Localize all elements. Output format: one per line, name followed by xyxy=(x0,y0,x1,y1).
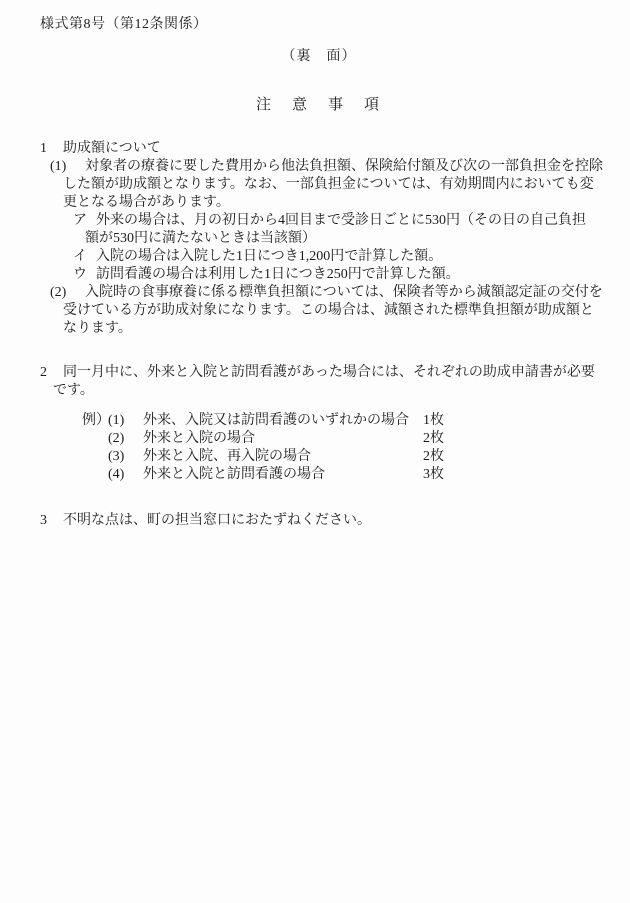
item-2-line-1: (2)入院時の食事療養に係る標準負担額については、保険者等から減額認定証の交付を xyxy=(40,284,598,302)
example-row: (2)外来と入院の場合2枚 xyxy=(40,430,598,448)
item-1-marker: (1) xyxy=(50,158,85,176)
section-application-forms: 2同一月中に、外来と入院と訪問看護があった場合には、それぞれの助成申請書が必要 … xyxy=(40,364,598,484)
section-1-heading: 1助成額について xyxy=(40,140,598,158)
section-1-title: 助成額について xyxy=(63,141,161,156)
example-row: (4)外来と入院と訪問看護の場合3枚 xyxy=(40,466,598,484)
section-2-number: 2 xyxy=(40,364,63,382)
section-3-text: 不明な点は、町の担当窓口におたずねください。 xyxy=(63,513,371,528)
item-1-line-1: (1)対象者の療養に要した費用から他法負担額、保険給付額及び次の一部負担金を控除 xyxy=(40,158,598,176)
item-1-line-2: した額が助成額となります。なお、一部負担金については、有効期間内においても変 xyxy=(40,176,598,194)
example-4-number: (4) xyxy=(108,466,143,484)
example-row: (3)外来と入院、再入院の場合2枚 xyxy=(40,448,598,466)
example-2-count: 2枚 xyxy=(423,430,444,448)
sub-item-i-line-1: イ入院の場合は入院した1日につき1,200円で計算した額。 xyxy=(40,248,598,266)
back-side-label: （裏 面） xyxy=(40,48,598,66)
section-3-number: 3 xyxy=(40,512,63,530)
item-1-text-1: 対象者の療養に要した費用から他法負担額、保険給付額及び次の一部負担金を控除 xyxy=(85,159,603,174)
example-4-text: 外来と入院と訪問看護の場合 xyxy=(143,466,423,484)
item-2-line-2: 受けている方が助成対象になります。この場合は、減額された標準負担額が助成額と xyxy=(40,302,598,320)
sub-item-a-marker: ア xyxy=(73,212,96,230)
item-2-line-3: なります。 xyxy=(40,320,598,338)
sub-item-a-text-1: 外来の場合は、月の初日から4回目まで受診日ごとに530円（その日の自己負担 xyxy=(96,213,586,228)
sub-item-u-text-1: 訪問看護の場合は利用した1日につき250円で計算した額。 xyxy=(96,267,460,282)
sub-item-i-text-1: 入院の場合は入院した1日につき1,200円で計算した額。 xyxy=(96,249,442,264)
section-2-line-1: 2同一月中に、外来と入院と訪問看護があった場合には、それぞれの助成申請書が必要 xyxy=(40,364,598,382)
example-3-number: (3) xyxy=(108,448,143,466)
example-1-text: 外来、入院又は訪問看護のいずれかの場合 xyxy=(143,412,423,430)
example-3-count: 2枚 xyxy=(423,448,444,466)
section-2-text-1: 同一月中に、外来と入院と訪問看護があった場合には、それぞれの助成申請書が必要 xyxy=(63,365,595,380)
section-2-line-2: です。 xyxy=(40,382,598,400)
example-2-text: 外来と入院の場合 xyxy=(143,430,423,448)
item-1-line-3: 更となる場合があります。 xyxy=(40,194,598,212)
form-number-label: 様式第8号（第12条関係） xyxy=(40,16,598,34)
examples-list: 例）(1)外来、入院又は訪問看護のいずれかの場合1枚 (2)外来と入院の場合2枚… xyxy=(40,412,598,484)
document-title: 注 意 事 項 xyxy=(40,96,598,114)
sub-item-u-line-1: ウ訪問看護の場合は利用した1日につき250円で計算した額。 xyxy=(40,266,598,284)
item-2-text-1: 入院時の食事療養に係る標準負担額については、保険者等から減額認定証の交付を xyxy=(85,285,603,300)
section-1-number: 1 xyxy=(40,140,63,158)
sub-item-i-marker: イ xyxy=(73,248,96,266)
example-1-count: 1枚 xyxy=(423,412,444,430)
document-page: 様式第8号（第12条関係） （裏 面） 注 意 事 項 1助成額について (1)… xyxy=(0,0,630,903)
example-4-count: 3枚 xyxy=(423,466,444,484)
example-label: 例） xyxy=(82,412,108,430)
example-1-number: (1) xyxy=(108,412,143,430)
item-2-marker: (2) xyxy=(50,284,85,302)
section-contact: 3不明な点は、町の担当窓口におたずねください。 xyxy=(40,512,598,530)
example-3-text: 外来と入院、再入院の場合 xyxy=(143,448,423,466)
section-3-line: 3不明な点は、町の担当窓口におたずねください。 xyxy=(40,512,598,530)
example-2-number: (2) xyxy=(108,430,143,448)
section-subsidy-amount: 1助成額について (1)対象者の療養に要した費用から他法負担額、保険給付額及び次… xyxy=(40,140,598,338)
sub-item-u-marker: ウ xyxy=(73,266,96,284)
example-row: 例）(1)外来、入院又は訪問看護のいずれかの場合1枚 xyxy=(40,412,598,430)
sub-item-a-line-2: 額が530円に満たないときは当該額） xyxy=(40,230,598,248)
sub-item-a-line-1: ア外来の場合は、月の初日から4回目まで受診日ごとに530円（その日の自己負担 xyxy=(40,212,598,230)
